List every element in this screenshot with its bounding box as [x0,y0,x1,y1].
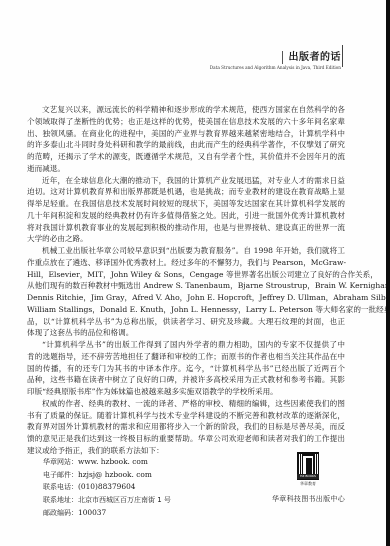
text-line: 体现了这套丛书的品位和格调。 [27,327,345,339]
page-edge-shadow [386,0,390,546]
text-line: 的范畴，还揭示了学术的源变，既遵循学术规范，又自有学者个性，其价值并不会因年月的… [27,151,345,163]
contact-email: 电子邮件：hzjsj@ hzbook. com [43,469,171,482]
text-line: 机械工业出版社华章公司较早意识到“出版要为教育服务”。自 1998 年开始，我们… [27,245,345,257]
paragraph-3: 机械工业出版社华章公司较早意识到“出版要为教育服务”。自 1998 年开始，我们… [27,245,345,339]
text-line: 几十年间积淀和发展的经典教材仍有许多值得借鉴之处。因此，引进一批国外优秀计算机教… [27,210,345,222]
email-link[interactable]: hzjsj@ hzbook. com [78,470,152,479]
contact-website: 华章网站：www. hzbook. com [43,456,171,469]
contact-label: 联系地址： [43,496,78,504]
text-line: 迫切。这对计算机教育界和出版界都既是机遇，也是挑战；而专业教材的建设在教育战略上… [27,186,345,198]
header-divider [342,45,343,67]
text-line: 的许多泰山北斗同时身处科研和教学的最前线，由此而产生的经典科学著作，不仅擘划了研… [27,139,345,151]
paragraph-4: “计算机科学丛书”的出版工作得到了国内外学者的鼎力相助，国内的专家不仅提供了中 … [27,339,345,398]
text-line: 个领域取得了垄断性的优势；也正是这样的优势，使美国在信息技术发展的六十多年间名家… [27,116,345,128]
contact-list: 华章网站：www. hzbook. com 电子邮件：hzjsj@ hzbook… [43,456,171,520]
page-title: 出版者的话 [282,51,342,64]
text-line: 文艺复兴以来，源远流长的科学精神和逐步形成的学术规范，使西方国家在自然科学的各 [27,104,345,116]
text-line: 书有了质量的保证。随着计算机科学与技术专业学科建设的不断完善和教材改革的逐渐深化… [27,410,345,422]
paragraph-5: 权威的作者、经典的教材、一流的译者、严格的审校、精细的编辑，这些因素使我们的图 … [27,398,345,457]
text-line: 作重点放在了遴选、移译国外优秀教材上。经过多年的不懈努力，我们与 Pearson… [27,257,345,269]
publisher-signature: 华章科技图书出版中心 [272,494,345,504]
contact-label: 华章网站： [43,458,78,466]
contact-label: 邮政编码： [43,509,78,517]
body-text: 文艺复兴以来，源远流长的科学精神和逐步形成的学术规范，使西方国家在自然科学的各 … [27,104,345,457]
page-header: 出版者的话 Data Structures and Algorithm Anal… [210,45,341,71]
text-line: Dennis Ritchie，Jim Gray，Afred V. Aho，Joh… [27,292,345,304]
text-line: 逝而减退。 [27,163,345,175]
text-line: 馈的意见正是我们达到这一终极目标的重要帮助。华章公司欢迎老师和读者对我们的工作提… [27,433,345,445]
contact-postcode: 邮政编码：100037 [43,507,171,520]
text-line: 出、独领风骚。在商业化的进程中，美国的产业界与教育界越来越紧密地结合，计算机学科… [27,128,345,140]
book-subtitle: Data Structures and Algorithm Analysis i… [210,64,341,71]
contact-label: 电子邮件： [43,471,78,479]
logo-caption: 华章教育 [293,481,323,487]
address-value: 北京市西城区百万庄南街 1 号 [78,496,171,504]
hzbooks-logo-icon: HZ BOOKS 华章教育 [297,452,319,488]
text-line: 大学的必由之路。 [27,233,345,245]
text-line: 将对我国计算机教育事业的发展起到积极的推动作用，也是与世界接轨、建设真正的世界一… [27,222,345,234]
paragraph-2: 近年，在全球信息化大潮的推动下，我国的计算机产业发展迅猛，对专业人才的需求日益 … [27,175,345,246]
text-line: 教育界对国外计算机教材的需求和应用都将步入一个新的阶段，我们的目标是尽善尽美，而… [27,421,345,433]
text-line: 品种，这些书籍在读者中树立了良好的口碑，并被许多高校采用为正式教材和参考书籍。其… [27,374,345,386]
contact-address: 联系地址：北京市西城区百万庄南街 1 号 [43,494,171,507]
text-line: 从他们现有的数百种教材中甄选出 Andrew S. Tanenbaum，Bjar… [27,280,345,292]
book-page: 出版者的话 Data Structures and Algorithm Anal… [0,0,386,546]
postcode-value: 100037 [78,508,106,517]
text-line: 近年，在全球信息化大潮的推动下，我国的计算机产业发展迅猛，对专业人才的需求日益 [27,175,345,187]
text-line: 权威的作者、经典的教材、一流的译者、严格的审校、精细的编辑，这些因素使我们的图 [27,398,345,410]
logo-band-text: HZ BOOKS [297,474,319,479]
contact-phone: 联系电话：(010)88379604 [43,481,171,494]
text-line: William Stallings，Donald E. Knuth，John L… [27,304,345,316]
text-line: 印版“经典原版书库”作为姊妹篇也被越来越多实施双语教学的学校所采用。 [27,386,345,398]
text-line: 国的传播，有的还专门为其书的中译本作序。迄今，“计算机科学丛书”已经出版了近两百… [27,363,345,375]
text-line: 品，以“计算机科学丛书”为总称出版，供读者学习、研究及珍藏。大理石纹理的封面，也… [27,316,345,328]
paragraph-1: 文艺复兴以来，源远流长的科学精神和逐步形成的学术规范，使西方国家在自然科学的各 … [27,104,345,175]
website-link[interactable]: www. hzbook. com [78,457,148,466]
door-panel [306,458,312,474]
contact-label: 联系电话： [43,483,78,491]
logo-mark: HZ BOOKS [297,452,319,480]
text-line: 得举足轻重。在我国信息技术发展时间较短的现状下，美国等发达国家在其计算机科学发展… [27,198,345,210]
text-line: 肯的选题指导，还不辞劳苦地担任了翻译和审校的工作；而原书的作者也相当关注其作品在… [27,351,345,363]
phone-value: (010)88379604 [78,482,136,491]
text-line: Hill，Elsevier，MIT，John Wiley & Sons，Ceng… [27,269,345,281]
text-line: “计算机科学丛书”的出版工作得到了国内外学者的鼎力相助，国内的专家不仅提供了中 [27,339,345,351]
